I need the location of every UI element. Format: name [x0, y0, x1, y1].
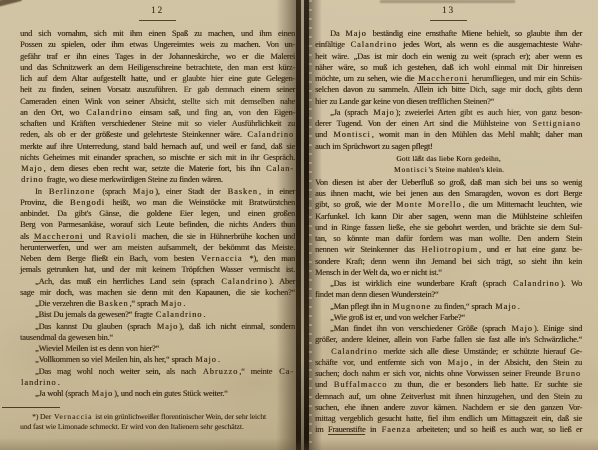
letterspaced-name: Basken — [228, 187, 258, 196]
letterspaced-name: Majo — [195, 355, 216, 364]
top-smudge — [380, 0, 515, 3]
letterspaced-name: Majo — [92, 389, 113, 398]
text-line: und das Schnitzwerk an dem Heiligenschre… — [20, 62, 295, 73]
letterspaced-name: Bengodi — [70, 198, 105, 207]
text-line: Karfunkel. Ich kann Dir aber sagen, wenn… — [315, 211, 582, 222]
text-line: derer Tugend. Von der einen Art sind die… — [315, 118, 582, 129]
text-line: reden, als ob er der größeste und gelehr… — [20, 129, 295, 140]
verse-line: Montisci's Steine mahlen's klein. — [315, 165, 582, 175]
text-line: heit wäre. „Das ist mir doch ein wenig z… — [315, 51, 582, 62]
letterspaced-name: Heliotropium — [421, 245, 478, 254]
letterspaced-name: Calandrino — [350, 40, 397, 49]
text-line: heit zu finden, seinen Vorsatz auszuführ… — [20, 84, 295, 95]
text-line: hier zu Lande gar keine von diesen treff… — [315, 96, 582, 107]
text-line: „Die verzehren die Basken,“ sprach Majo. — [20, 298, 295, 309]
text-line: und Montisci, womit man in den Mühlen da… — [315, 129, 582, 140]
text-line: Majo, dem dieses eben recht war, setzte … — [20, 163, 295, 174]
letterspaced-name: Montisci — [333, 130, 370, 139]
letterspaced-name: Calandrino — [331, 347, 378, 356]
left-page-footnote: *) Der Vernaccia ist ein grünlichweißer … — [20, 412, 292, 432]
page-left: 12 und sich vornahm, sich mit ihm einen … — [0, 0, 302, 450]
text-line: jemals getrunken hat, und der mit keinem… — [20, 264, 295, 275]
letterspaced-name: Ca- — [279, 367, 294, 376]
page-number-right: 13 — [430, 5, 467, 21]
text-line: auch im Sprüchwort zu sagen pflegt! — [315, 141, 582, 152]
text-line: suchen, ehe ihnen andere zuvor kämen. Na… — [315, 402, 582, 413]
page-header-left: 12 — [20, 5, 295, 21]
text-line: merkte auf ihre Unterredung, stand bald … — [20, 141, 295, 152]
text-line: Da Majo beständig eine ernsthafte Miene … — [315, 28, 582, 39]
letterspaced-name: landrino — [21, 378, 57, 387]
letterspaced-name: Maccheroni — [418, 74, 468, 83]
text-line: einfältige Calandrino jedes Wort, als we… — [315, 39, 582, 50]
letterspaced-name: Calandrino — [86, 108, 133, 117]
text-line: „Das kannst Du glauben (sprach Majo), da… — [20, 321, 295, 332]
text-line: findet man denn diesen Wunderstein?“ — [315, 289, 582, 300]
text-line: herunterwerfen, und wer am meisten aufsa… — [20, 242, 295, 253]
right-page-text: Da Majo beständig eine ernsthafte Miene … — [315, 28, 582, 436]
text-line: drino fragte, wo diese merkwürdigen Stei… — [20, 174, 295, 185]
letterspaced-name: Maccheroni — [34, 232, 84, 241]
underlined-word: Maccheroni — [33, 232, 85, 242]
text-line: größer, andere kleiner, allein von Farbe… — [315, 334, 582, 345]
text-line: „Man pflegt ihn in Mugnone zu finden,“ s… — [315, 301, 582, 312]
letterspaced-name: Abruzzo — [203, 367, 238, 376]
letterspaced-name: Vernaccia — [201, 254, 243, 263]
letterspaced-name: Vernaccia — [54, 412, 92, 421]
text-line: gefähr traf er ihn eines Tages in der Jo… — [20, 51, 295, 62]
letterspaced-name: Majo — [21, 164, 42, 173]
text-line: gibt, so groß, wie der Monte Morello, di… — [315, 199, 582, 210]
letterspaced-name: Berlinzone — [49, 187, 95, 196]
text-line: „Bist Du jemals da gewesen?“ fragte Cala… — [20, 309, 295, 320]
text-line: anbindet. Da gibt's Gänse, die goldene E… — [20, 208, 295, 219]
letterspaced-name: Faenza — [381, 425, 410, 434]
text-line: demnach auf, um ohne Zeitverlust mit ihn… — [315, 391, 582, 402]
underlined-word: Frauenstifte — [328, 425, 366, 435]
text-line: an den Ort, wo Calandrino einsam saß, un… — [20, 107, 295, 118]
page-right: 13 Da Majo beständig eine ernsthafte Mie… — [302, 0, 598, 450]
text-line: „Vollkommen so viel Meilen hin, als her,… — [20, 354, 295, 365]
text-line: aus ihnen macht, wie bei jenen aus den S… — [315, 188, 582, 199]
letterspaced-name: Calan- — [266, 164, 294, 173]
text-line: „Ja (sprach Majo); zweierlei Arten gibt … — [315, 107, 582, 118]
text-line: Mensch in der Welt da, wo er nicht ist.“ — [315, 267, 582, 278]
text-line: selchen davon zu sammeln. Allein ich bit… — [315, 84, 582, 95]
text-line: Neben dem Berge fließt ein Bach, vom bes… — [20, 253, 295, 264]
footnote-line: und fast wie Limonade schmeckt. Er wird … — [20, 422, 292, 432]
text-line: und Buffalmacco zu thun, die er besonder… — [315, 379, 582, 390]
text-line: In Berlinzone (sprach Majo), einer Stadt… — [20, 186, 295, 197]
text-line: „Wieviel Meilen ist es denn von hier?“ — [20, 343, 295, 354]
letterspaced-name: Settigniano — [532, 119, 581, 128]
text-line: tan, so könnte man dafür fordern was man… — [315, 233, 582, 244]
letterspaced-name: Buffalmacco — [334, 380, 388, 389]
text-line: mittag vergeblich gesucht hatte, fiel ih… — [315, 413, 582, 424]
footnote-line: *) Der Vernaccia ist ein grünlichweißer … — [20, 412, 292, 422]
text-line: Von diesen ist aber der Ueberfluß so gro… — [315, 177, 582, 188]
letterspaced-name: Calandrino — [247, 130, 294, 139]
text-line: Provinz, die Bengodi heißt, wo man die W… — [20, 197, 295, 208]
letterspaced-name: Montisci — [394, 165, 428, 174]
text-line: schäfte vor, und entfernte sich von Majo… — [315, 357, 582, 368]
letterspaced-name: Calandrino — [513, 279, 560, 288]
text-line: näher wäre, so muß ich gestehen, daß ich… — [315, 62, 582, 73]
text-line: „Ja wohl (sprach Majo), und noch ein gut… — [20, 388, 295, 399]
letterspaced-name: Majo — [157, 322, 178, 331]
text-line: „Man findet ihn von verschiedener Größe … — [315, 323, 582, 334]
left-page-text: und sich vornahm, sich mit ihm einen Spa… — [20, 28, 295, 399]
letterspaced-name: Majo — [133, 187, 154, 196]
letterspaced-name: Majo — [345, 29, 366, 38]
letterspaced-name: Mugnone — [392, 302, 431, 311]
letterspaced-name: Basken — [98, 299, 128, 308]
text-line: nichts Geheimes mit einander sprachen, s… — [20, 152, 295, 163]
text-line: „Das mag wohl noch weiter sein, als nach… — [20, 366, 295, 377]
text-line: suchen; doch nahm er sich vor, nichts oh… — [315, 368, 582, 379]
text-line: Possen zu spielen, oder ihm etwas Ungere… — [20, 39, 295, 50]
letterspaced-name: Bruno — [555, 369, 581, 378]
underlined-word: Maccheroni — [417, 74, 469, 84]
text-line: „Ach, das muß ein herrliches Land sein (… — [20, 276, 295, 287]
text-line: Cameraden einen Wink von seiner Absicht,… — [20, 96, 295, 107]
text-line: als Maccheroni und Ravioli machen, die s… — [20, 231, 295, 242]
letterspaced-name: drino — [21, 175, 43, 184]
text-line: schaften und Kräften verschiedener Stein… — [20, 118, 295, 129]
letterspaced-name: Majo — [373, 108, 394, 117]
letterspaced-name: Ravioli — [106, 232, 137, 241]
verse-line: Gott läßt das liebe Korn gedeihn, — [315, 154, 582, 164]
page-header-right: 13 — [315, 5, 582, 21]
page-number-left: 12 — [139, 5, 176, 21]
text-line: sondere Kraft; denn wenn ihn Jemand bei … — [315, 256, 582, 267]
text-line: „Wie groß ist er, und von welcher Farbe?… — [315, 312, 582, 323]
text-line: möchte, um zu sehen, wie die Maccheroni … — [315, 73, 582, 84]
text-line: und in Ringe fassen ließe, ehe sie geboh… — [315, 222, 582, 233]
text-line: Calandrino merkte sich alle diese Umstän… — [315, 346, 582, 357]
letterspaced-name: Majo — [448, 358, 469, 367]
text-line: im Frauenstifte in Faenza arbeiteten; un… — [315, 424, 582, 435]
letterspaced-name: Calandrino — [156, 310, 203, 319]
text-line: landrino. — [20, 377, 295, 388]
text-line: tausendmal da gewesen bin.“ — [20, 332, 295, 343]
text-line: lich auf dem Altar aufgestellt hatte, un… — [20, 73, 295, 84]
text-line: „Das ist wirklich eine wunderbare Kraft … — [315, 278, 582, 289]
text-line: und sich vornahm, sich mit ihm einen Spa… — [20, 28, 295, 39]
text-line: nennen wir Steinkenner das Heliotropium,… — [315, 244, 582, 255]
letterspaced-name: Majo — [495, 302, 516, 311]
book-scan: 12 und sich vornahm, sich mit ihm einen … — [0, 0, 598, 450]
letterspaced-name: Majo — [161, 299, 182, 308]
letterspaced-name: Calandrino — [221, 277, 268, 286]
text-line: sage mir doch, was machen sie denn mit d… — [20, 287, 295, 298]
letterspaced-name: Monte Morello — [396, 200, 462, 209]
letterspaced-name: Majo — [511, 324, 532, 333]
footnote-rule — [2, 407, 60, 408]
text-line: Berg von Parmesankäse, worauf sich Leute… — [20, 219, 295, 230]
